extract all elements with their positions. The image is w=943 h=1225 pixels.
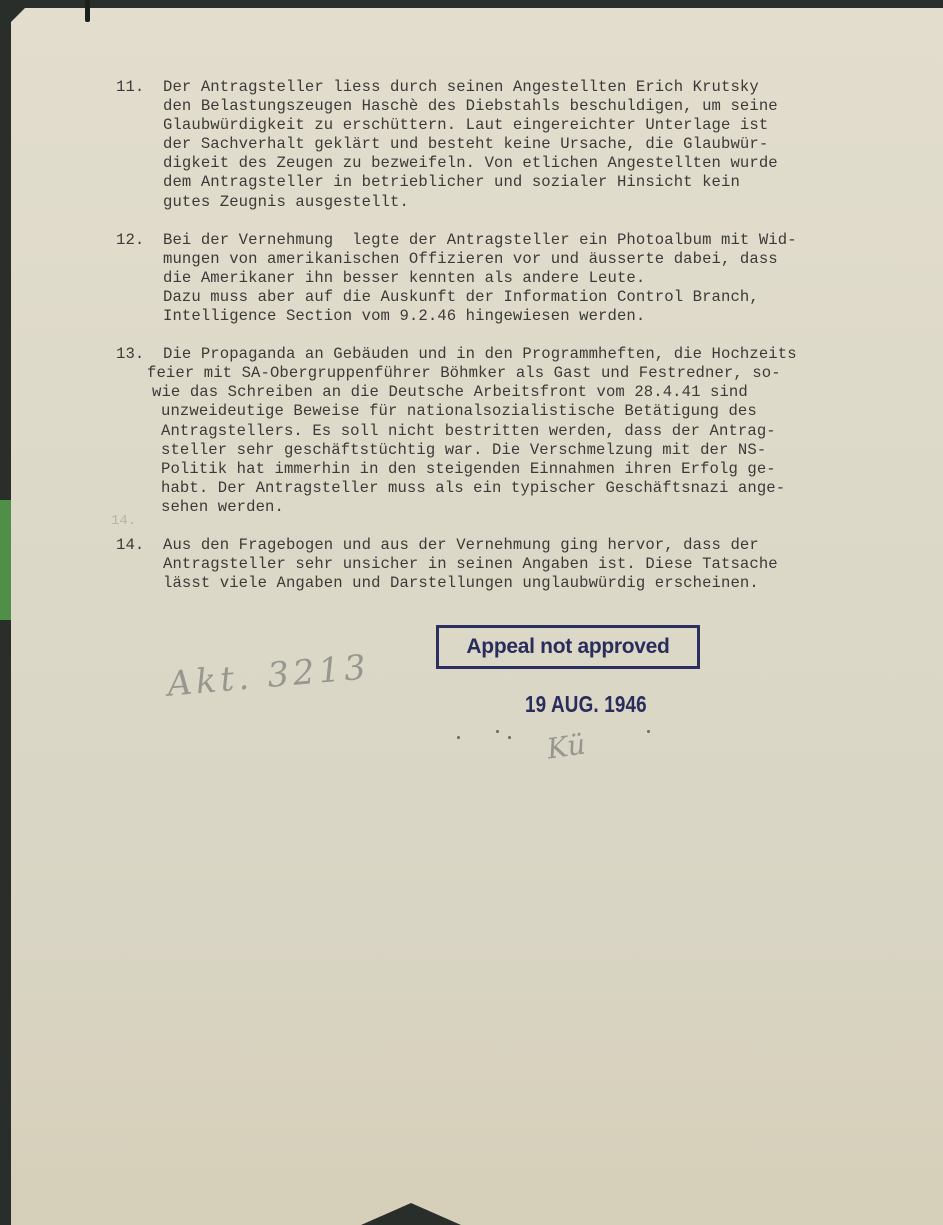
paragraph-number: 11. (116, 78, 144, 97)
text-line: dem Antragsteller in betrieblicher und s… (107, 173, 943, 192)
text-line: Politik hat immerhin in den steigenden E… (107, 460, 943, 479)
ink-speck (457, 736, 460, 739)
paragraph-number: 14. (116, 536, 144, 555)
ink-speck (496, 730, 499, 733)
text-line: feier mit SA-Obergruppenführer Böhmker a… (107, 364, 943, 383)
paragraph-12: 12. Bei der Vernehmung legte der Antrags… (107, 231, 943, 326)
text-line: Antragstellers. Es soll nicht bestritten… (107, 422, 943, 441)
paragraph-14: 14. Aus den Fragebogen und aus der Verne… (107, 536, 943, 593)
text-line: gutes Zeugnis ausgestellt. (107, 193, 943, 212)
ink-speck (508, 736, 511, 739)
torn-corner (11, 8, 25, 22)
text-line: digkeit des Zeugen zu bezweifeln. Von et… (107, 154, 943, 173)
text-line: mungen von amerikanischen Offizieren vor… (107, 250, 943, 269)
document-page: 11. Der Antragsteller liess durch seinen… (11, 8, 943, 1225)
text-line: den Belastungszeugen Haschè des Diebstah… (107, 97, 943, 116)
text-line: steller sehr geschäftstüchtig war. Die V… (107, 441, 943, 460)
faint-paragraph-number: 14. (111, 513, 136, 529)
staple-mark (85, 0, 90, 22)
paragraph-number: 13. (116, 345, 144, 364)
date-stamp: 19 AUG. 1946 (525, 691, 647, 718)
paragraph-number: 12. (116, 231, 144, 250)
text-line: Aus den Fragebogen und aus der Vernehmun… (107, 536, 943, 555)
text-line: unzweideutige Beweise für nationalsozial… (107, 402, 943, 421)
ink-speck (647, 730, 650, 733)
handwritten-file-reference: Akt. 3213 (166, 647, 372, 705)
handwritten-initials: Kü (545, 727, 588, 765)
text-line: Die Propaganda an Gebäuden und in den Pr… (107, 345, 943, 364)
text-line: Intelligence Section vom 9.2.46 hingewie… (107, 307, 943, 326)
page-notch (361, 1203, 461, 1225)
paragraph-13: 13. Die Propaganda an Gebäuden und in de… (107, 345, 943, 517)
text-line: Der Antragsteller liess durch seinen Ang… (107, 78, 943, 97)
text-line: sehen werden. (107, 498, 943, 517)
text-line: Bei der Vernehmung legte der Antragstell… (107, 231, 943, 250)
text-line: Glaubwürdigkeit zu erschüttern. Laut ein… (107, 116, 943, 135)
text-line: Antragsteller sehr unsicher in seinen An… (107, 555, 943, 574)
appeal-not-approved-stamp: Appeal not approved (436, 625, 700, 669)
text-line: lässt viele Angaben und Darstellungen un… (107, 574, 943, 593)
text-line: die Amerikaner ihn besser kennten als an… (107, 269, 943, 288)
text-line: Dazu muss aber auf die Auskunft der Info… (107, 288, 943, 307)
text-line: der Sachverhalt geklärt und besteht kein… (107, 135, 943, 154)
text-line: wie das Schreiben an die Deutsche Arbeit… (107, 383, 943, 402)
typed-text-body: 11. Der Antragsteller liess durch seinen… (107, 78, 943, 612)
text-line: habt. Der Antragsteller muss als ein typ… (107, 479, 943, 498)
paragraph-11: 11. Der Antragsteller liess durch seinen… (107, 78, 943, 212)
